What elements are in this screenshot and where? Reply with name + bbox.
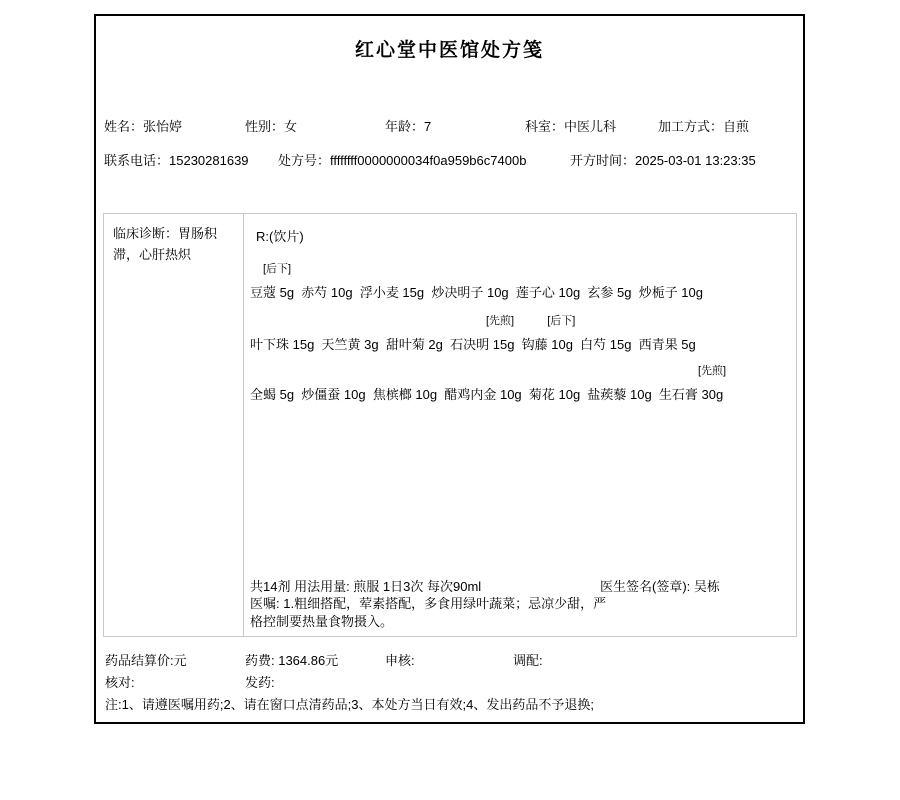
decoction-tag-line: [先煎] [后下] [250, 312, 790, 328]
decoction-tag: [先煎] [698, 365, 726, 377]
prescription-number-field: 处方号：ffffffff0000000034f0a959b6c7400b [278, 150, 526, 169]
decoction-tag: [先煎] [486, 315, 514, 327]
prepare-field: 调配: [513, 650, 543, 669]
rx-header: R:(饮片) [250, 226, 790, 245]
department-field: 科室：中医儿科 [525, 116, 616, 135]
issue-time-field: 开方时间：2025-03-01 13:23:35 [570, 150, 756, 169]
patient-age-field: 年龄：7 [385, 116, 431, 135]
diagnosis-cell: 临床诊断：胃肠积滞，心肝热炽 [104, 214, 244, 636]
processing-method-field: 加工方式：自煎 [658, 116, 749, 135]
fee-field: 药费: 1364.86元 [245, 650, 338, 669]
dispense-field: 发药: [245, 672, 275, 691]
decoction-tag: [后下] [263, 263, 291, 275]
settlement-price-field: 药品结算价:元 [105, 650, 187, 669]
rx-spacer [250, 403, 790, 576]
patient-name-field: 姓名：张怡婷 [104, 116, 182, 135]
page-title: 红心堂中医馆处方笺 [96, 35, 803, 62]
phone-field: 联系电话：15230281639 [104, 150, 249, 169]
herb-line: 豆蔻 5g 赤芍 10g 浮小麦 15g 炒决明子 10g 莲子心 10g 玄参… [250, 282, 790, 301]
prescription-sheet: 红心堂中医馆处方笺 姓名：张怡婷 性别：女 年龄：7 科室：中医儿科 加工方式：… [94, 14, 805, 724]
herb-line: 全蝎 5g 炒僵蚕 10g 焦槟榔 10g 醋鸡内金 10g 菊花 10g 盐蒺… [250, 384, 790, 403]
rx-content-cell: R:(饮片) [后下] 豆蔻 5g 赤芍 10g 浮小麦 15g 炒决明子 10… [244, 214, 796, 636]
medical-advice: 医嘱: 1.粗细搭配，荤素搭配，多食用绿叶蔬菜；忌凉少甜，严格控制要热量食物摄入… [250, 595, 614, 631]
decoction-tag-line: [先煎] [250, 362, 790, 378]
herb-line: 叶下珠 15g 天竺黄 3g 甜叶菊 2g 石决明 15g 钩藤 10g 白芍 … [250, 334, 790, 353]
note-line: 注:1、请遵医嘱用药;2、请在窗口点清药品;3、本处方当日有效;4、发出药品不予… [105, 694, 594, 713]
decoction-tag: [后下] [547, 315, 575, 327]
usage-row: 共14剂 用法用量: 煎服 1日3次 每次90ml 医生签名(签章): 吴栋 [250, 576, 790, 594]
patient-gender-field: 性别：女 [245, 116, 297, 135]
prescription-table: 临床诊断：胃肠积滞，心肝热炽 R:(饮片) [后下] 豆蔻 5g 赤芍 10g … [103, 213, 797, 637]
decoction-tag-line: [后下] [250, 260, 790, 276]
check-field: 核对: [105, 672, 135, 691]
doctor-signature: 医生签名(签章): 吴栋 [600, 576, 720, 595]
usage-line: 共14剂 用法用量: 煎服 1日3次 每次90ml [250, 579, 481, 594]
review-field: 申核: [385, 650, 415, 669]
